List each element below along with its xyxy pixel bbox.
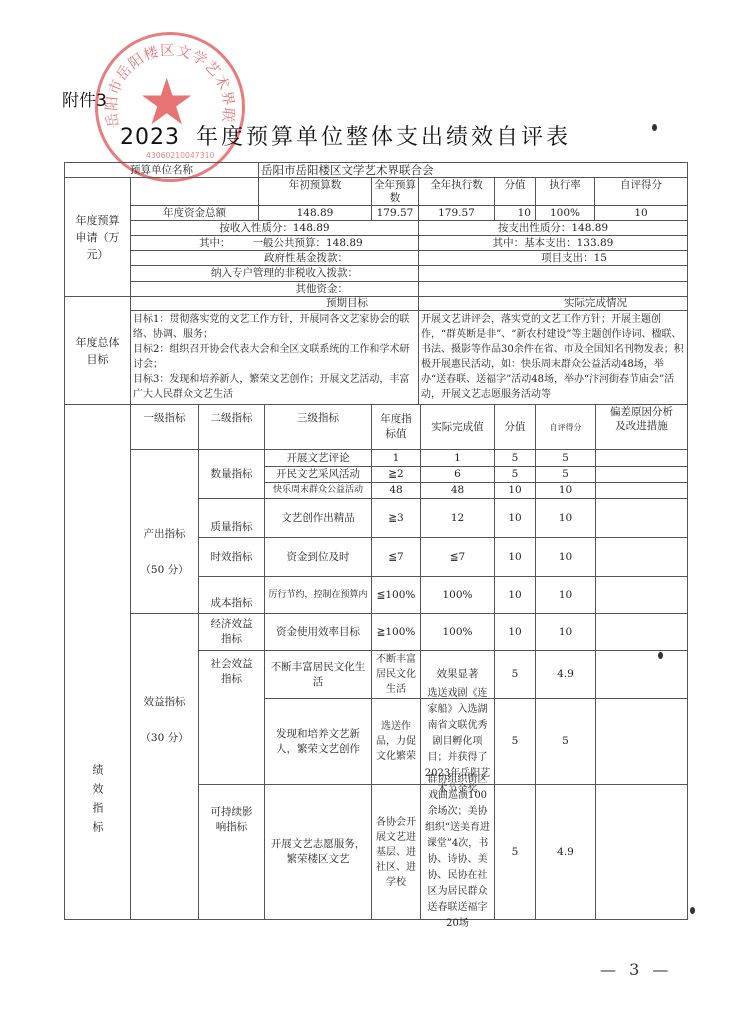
indicator-level3: 开展文艺志愿服务，繁荣楼区文艺	[264, 784, 372, 920]
non-tax-blank	[418, 265, 688, 282]
title-text: 年度预算单位整体支出绩效自评表	[196, 125, 571, 150]
indicator-note	[595, 784, 688, 920]
level2-economic: 经济效益指标	[198, 613, 265, 651]
indicator-self-score: 10	[535, 498, 596, 538]
general-public-prefix: 其中：	[199, 236, 231, 251]
total-full-year: 179.57	[371, 205, 419, 221]
title-year: 2023	[120, 125, 180, 150]
indicator-self-score: 5	[535, 466, 596, 483]
level2-sustainable: 可持续影响指标	[198, 784, 265, 920]
page-title: 2023年度预算单位整体支出绩效自评表	[120, 120, 571, 151]
page-number: — 3 —	[600, 960, 672, 979]
indicator-target: 选送作品，力促文化繁荣	[371, 698, 421, 785]
indicator-self-score: 10	[535, 576, 596, 614]
indicator-score-value: 5	[494, 650, 536, 699]
header-deviation: 偏差原因分析及改进措施	[595, 404, 688, 450]
indicator-actual: 1	[420, 449, 495, 467]
total-rate: 100%	[535, 205, 595, 221]
indicator-self-score: 10	[535, 613, 596, 651]
header-self-score: 自评得分	[535, 404, 596, 450]
header-target: 年度指标值	[371, 404, 421, 450]
indicator-level3: 资金到位及时	[264, 537, 372, 577]
indicator-note	[595, 537, 688, 577]
indicator-target: ≧3	[371, 498, 421, 538]
indicator-score-value: 5	[494, 784, 536, 920]
indicator-target: ≦100%	[371, 576, 421, 614]
header-level3: 三级指标	[264, 404, 372, 450]
header-exec-rate: 执行率	[535, 177, 595, 206]
level1-benefit-label: 效益指标	[144, 684, 186, 720]
header-level1: 一级指标	[130, 404, 199, 450]
indicator-target: ≧100%	[371, 613, 421, 651]
svg-text:4306021004731​0: 4306021004731​0	[146, 151, 214, 160]
general-public-budget-row: 其中：一般公共预算：148.89	[130, 235, 419, 251]
indicator-level3: 开民文艺采风活动	[264, 466, 372, 483]
other-funds-blank	[418, 281, 688, 297]
indicator-actual: ≦7	[420, 537, 495, 577]
actual-results-text: 开展文艺讲评会，落实党的文艺工作方针；开展主题创作，“群英断是非”、“新农村建设…	[418, 310, 688, 405]
indicator-self-score: 5	[535, 449, 596, 467]
indicators-label-text: 绩效指标	[90, 764, 105, 840]
indicator-score-value: 10	[494, 537, 536, 577]
level2-cost: 成本指标	[198, 576, 265, 614]
budget-section-label: 年度预算申请（万元）	[64, 177, 131, 297]
total-score-value: 10	[494, 205, 536, 221]
indicator-note	[595, 698, 688, 785]
attachment-label: 附件3	[62, 86, 107, 111]
by-income-nature: 按收入性质分：148.89	[130, 220, 419, 236]
unit-name-label: 预算单位名称	[64, 162, 259, 178]
header-self-score: 自评得分	[594, 177, 688, 206]
project-expense: 项目支出：15	[418, 250, 688, 266]
indicators-section-label: 绩效指标	[64, 404, 131, 920]
indicator-actual: 群协组织街区戏曲巡演100余场次；美协组织“送美育进课堂”4次，书协、诗协、美协…	[420, 784, 495, 920]
level1-benefit-score: （30 分）	[140, 720, 188, 756]
total-initial: 148.89	[258, 205, 372, 221]
level2-quantity: 数量指标	[198, 449, 265, 499]
indicator-score-value: 10	[494, 576, 536, 614]
indicator-target: ≧2	[371, 466, 421, 483]
budget-header-blank	[130, 177, 259, 206]
indicator-score-value: 5	[494, 698, 536, 785]
indicator-level3: 发现和培养文艺新人，繁荣文艺创作	[264, 698, 372, 785]
indicator-note	[595, 576, 688, 614]
indicator-note	[595, 449, 688, 467]
indicator-self-score: 5	[535, 698, 596, 785]
by-expense-nature: 按支出性质分：148.89	[418, 220, 688, 236]
indicator-level3: 开展文艺评论	[264, 449, 372, 467]
indicator-score-value: 5	[494, 449, 536, 467]
indicator-target: ≦7	[371, 537, 421, 577]
expected-goal-header: 预期目标	[130, 296, 419, 311]
ink-mark	[658, 652, 663, 659]
indicator-score-value: 10	[494, 613, 536, 651]
indicator-actual: 48	[420, 482, 495, 499]
indicator-self-score: 10	[535, 537, 596, 577]
total-executed: 179.57	[418, 205, 495, 221]
level1-output-label: 产出指标	[144, 516, 186, 552]
indicator-note	[595, 482, 688, 499]
basic-expense: 其中：基本支出：133.89	[418, 235, 688, 251]
goals-section-label: 年度总体目标	[64, 296, 131, 405]
indicator-note	[595, 650, 688, 699]
indicator-self-score: 10	[535, 482, 596, 499]
indicator-target: 不断丰富居民文化生活	[371, 650, 421, 699]
indicator-level3: 厉行节约，控制在预算内	[264, 576, 372, 614]
gov-fund: 政府性基金拨款：	[130, 250, 419, 266]
header-score-value: 分值	[494, 177, 536, 206]
indicator-level3: 文艺创作出精品	[264, 498, 372, 538]
header-initial-budget: 年初预算数	[258, 177, 372, 206]
indicator-note	[595, 613, 688, 651]
indicator-actual: 100%	[420, 613, 495, 651]
official-seal: 岳阳市岳阳楼区文学艺术界联合会 4306021004731​0 ★	[95, 32, 245, 182]
indicator-note	[595, 498, 688, 538]
level2-social: 社会效益指标	[198, 650, 265, 785]
header-executed: 全年执行数	[418, 177, 495, 206]
indicator-target: 1	[371, 449, 421, 467]
header-full-year-budget: 全年预算数	[371, 177, 419, 206]
total-funds-label: 年度资金总额	[130, 205, 259, 221]
level1-benefit: 效益指标 （30 分）	[130, 613, 199, 920]
indicator-level3: 快乐周末群众公益活动	[264, 482, 372, 499]
indicator-score-value: 10	[494, 482, 536, 499]
level1-output-score: （50 分）	[140, 552, 188, 588]
indicator-score-value: 10	[494, 498, 536, 538]
indicator-self-score: 4.9	[535, 650, 596, 699]
total-self-score: 10	[594, 205, 688, 221]
indicator-level3: 资金使用效率目标	[264, 613, 372, 651]
general-public-value: 一般公共预算：148.89	[253, 236, 363, 251]
indicator-target: 48	[371, 482, 421, 499]
level1-output: 产出指标 （50 分）	[130, 449, 199, 614]
other-funds: 其他资金：	[130, 281, 419, 297]
header-actual: 实际完成值	[420, 404, 495, 450]
header-score-value: 分值	[494, 404, 536, 450]
unit-name-value: 岳阳市岳阳楼区文学艺术界联合会	[258, 162, 688, 178]
indicator-actual: 12	[420, 498, 495, 538]
actual-result-header: 实际完成情况	[418, 296, 688, 311]
level2-quality: 质量指标	[198, 498, 265, 538]
indicator-actual: 100%	[420, 576, 495, 614]
indicator-level3: 不断丰富居民文化生活	[264, 650, 372, 699]
ink-mark	[690, 907, 695, 914]
indicator-score-value: 5	[494, 466, 536, 483]
expected-goals-text: 目标1：贯彻落实党的文艺工作方针，开展同各文艺家协会的联络、协调、服务； 目标2…	[130, 310, 419, 405]
indicator-target: 各协会开展文艺进基层、进社区、进学校	[371, 784, 421, 920]
level2-timeliness: 时效指标	[198, 537, 265, 577]
ink-mark	[652, 124, 657, 131]
non-tax-income: 纳入专户管理的非税收入拨款：	[130, 265, 419, 282]
indicator-self-score: 4.9	[535, 784, 596, 920]
indicator-note	[595, 466, 688, 483]
indicator-actual: 6	[420, 466, 495, 483]
header-level2: 二级指标	[198, 404, 265, 450]
